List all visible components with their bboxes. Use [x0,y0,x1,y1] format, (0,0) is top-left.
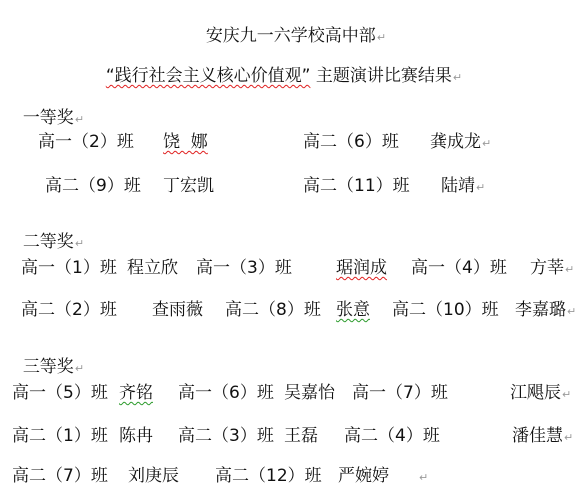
class-label: 高一（6）班 [178,378,274,403]
subtitle-rest-text: 主题演讲比赛结果 [310,66,451,86]
paragraph-mark-icon: ↵ [565,263,574,276]
class-label: 高二（4）班 [344,421,440,446]
class-label: 高二（7）班 [12,461,108,486]
student-name: 严婉婷 [338,466,389,486]
student-name: 王磊 [284,421,318,446]
heading-text: 一等奖 [23,108,74,128]
class-label: 高二（6）班 [303,127,399,152]
section-heading-third-prize: 三等奖↵ [12,337,84,379]
class-label: 高二（12）班 [215,461,322,486]
paragraph-mark-icon: ↵ [567,305,576,318]
student-name-text: 琚润成 [336,258,387,278]
section-heading-first-prize: 一等奖↵ [12,88,84,130]
award-row: 高一（1）班 程立欣 高一（3）班 琚润成 高一（4）班 方莘↵ [0,253,583,275]
student-name-with-mark: 严婉婷↵ [338,461,428,486]
subtitle-quoted-text: “践行社会主义核心价值观” [106,66,311,86]
class-label: 高一（1）班 [21,253,117,278]
class-label: 高二（11）班 [303,171,410,196]
student-name-with-mark: 李嘉璐↵ [515,295,576,320]
class-label: 高二（10）班 [392,295,499,320]
paragraph-mark-icon: ↵ [75,237,84,250]
class-label: 高一（2）班 [38,127,134,152]
award-row: 高一（5）班 齐铭 高一（6）班 吴嘉怡 高一（7）班 江飓辰↵ [0,378,583,400]
class-label: 高一（4）班 [411,253,507,278]
student-name: 齐铭 [119,378,153,403]
class-label: 高二（8）班 [225,295,321,320]
paragraph-mark-icon: ↵ [453,71,462,84]
student-name: 李嘉璐 [515,300,566,320]
class-label: 高一（3）班 [196,253,292,278]
student-name: 方莘 [530,258,564,278]
paragraph-mark-icon: ↵ [564,431,573,444]
title-text: 安庆九一六学校高中部 [206,26,376,46]
student-name: 刘庚辰 [128,461,179,486]
class-label: 高二（2）班 [21,295,117,320]
paragraph-mark-icon: ↵ [377,31,386,44]
heading-text: 二等奖 [23,232,74,252]
paragraph-mark-icon: ↵ [562,388,571,401]
paragraph-mark-icon: ↵ [419,471,428,484]
award-row: 高二（1）班 陈冉 高二（3）班 王磊 高二（4）班 潘佳慧↵ [0,421,583,443]
student-name: 陈冉 [119,421,153,446]
class-label: 高二（3）班 [178,421,274,446]
student-name: 陆靖 [441,176,475,196]
student-name: 程立欣 [127,253,178,278]
paragraph-mark-icon: ↵ [75,113,84,126]
student-name: 吴嘉怡 [284,378,335,403]
student-name: 饶 娜 [163,127,208,152]
student-name-with-mark: 方莘↵ [530,253,574,278]
student-name-with-mark: 陆靖↵ [441,171,485,196]
student-name: 琚润成 [336,253,387,278]
class-label: 高二（1）班 [12,421,108,446]
student-name: 查雨薇 [152,295,203,320]
document-subtitle: “践行社会主义核心价值观” 主题演讲比赛结果↵ [95,46,462,88]
student-name-with-mark: 江飓辰↵ [510,378,571,403]
document-title: 安庆九一六学校高中部↵ [195,6,386,48]
award-row: 高二（2）班 查雨薇 高二（8）班 张意 高二（10）班 李嘉璐↵ [0,295,583,317]
class-label: 高一（5）班 [12,378,108,403]
award-row: 高一（2）班 饶 娜 高二（6）班 龚成龙↵ [0,127,583,149]
section-heading-second-prize: 二等奖↵ [12,212,84,254]
student-name: 丁宏凯 [163,171,214,196]
paragraph-mark-icon: ↵ [75,362,84,375]
class-label: 高一（7）班 [352,378,448,403]
award-row: 高二（7）班 刘庚辰 高二（12）班 严婉婷↵ [0,461,583,483]
student-name-with-mark: 龚成龙↵ [430,127,491,152]
class-label: 高二（9）班 [45,171,141,196]
student-name: 潘佳慧 [512,426,563,446]
student-name-with-mark: 潘佳慧↵ [512,421,573,446]
award-row: 高二（9）班 丁宏凯 高二（11）班 陆靖↵ [0,171,583,193]
student-name: 张意 [336,295,370,320]
student-name: 龚成龙 [430,132,481,152]
heading-text: 三等奖 [23,357,74,377]
paragraph-mark-icon: ↵ [476,181,485,194]
student-name: 江飓辰 [510,383,561,403]
paragraph-mark-icon: ↵ [482,137,491,150]
